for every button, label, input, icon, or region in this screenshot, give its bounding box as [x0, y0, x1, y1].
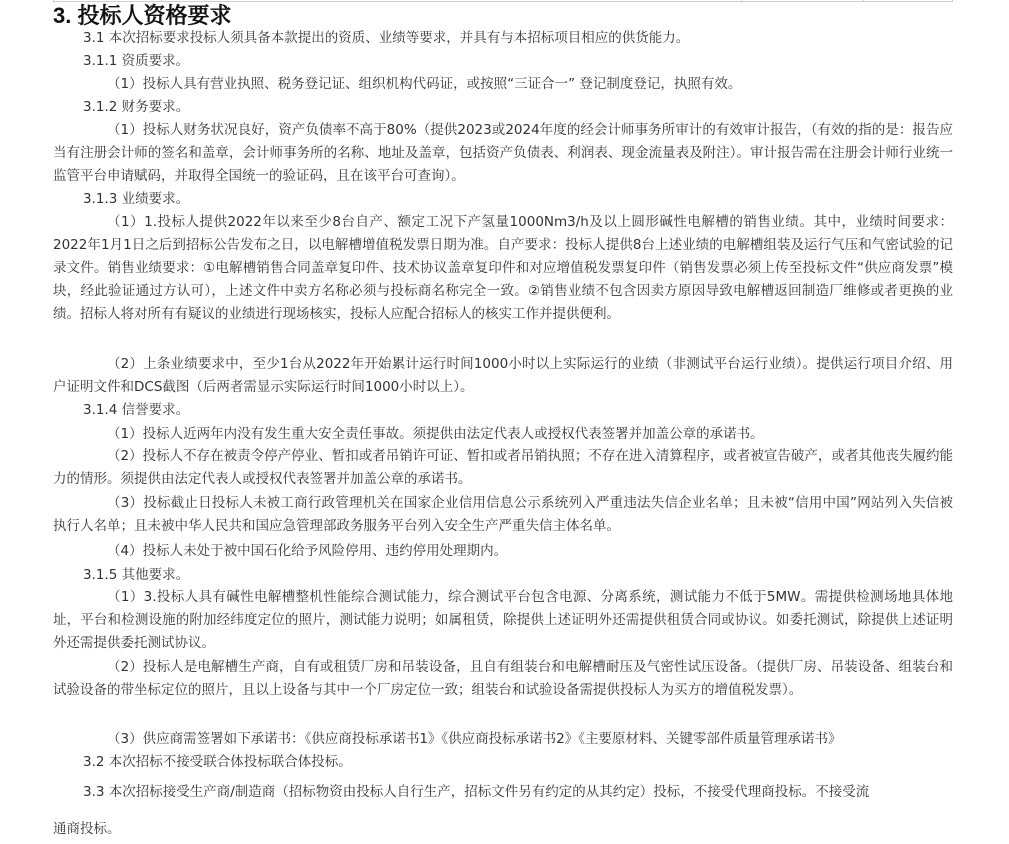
clause-3-1-2-heading: 3.1.2 财务要求。 [83, 97, 189, 117]
clause-3-1-5-item-3: （3）供应商需签署如下承诺书：《供应商投标承诺书1》《供应商投标承诺书2》《主要… [107, 729, 842, 749]
table-column-divider [741, 0, 742, 1]
clause-3-1-3-item-1: （1）1.投标人提供2022年以来至少8台自产、额定工况下产氢量1000Nm3/… [53, 211, 953, 326]
section-title: 3. 投标人资格要求 [53, 2, 231, 30]
clause-3-1-4-heading: 3.1.4 信誉要求。 [83, 400, 189, 420]
clause-3-1-5-heading: 3.1.5 其他要求。 [83, 565, 189, 585]
clause-3-2: 3.2 本次招标不接受联合体投标联合体投标。 [83, 752, 352, 772]
table-column-divider [161, 0, 162, 1]
clause-3-1-2-item-1: （1）投标人财务状况良好，资产负债率不高于80%（提供2023或2024年度的经… [53, 119, 953, 188]
clause-3-3: 3.3 本次招标接受生产商/制造商（招标物资由投标人自行生产，招标文件另有约定的… [83, 782, 869, 802]
clause-3-1-4-item-3: （3）投标截止日投标人未被工商行政管理机关在国家企业信用信息公示系统列入严重违法… [53, 492, 953, 538]
clause-3-1-4-item-1: （1）投标人近两年内没有发生重大安全责任事故。须提供由法定代表人或授权代表签署并… [107, 424, 764, 444]
clause-3-1-4-item-2: （2）投标人不存在被责令停产停业、暂扣或者吊销许可证、暂扣或者吊销执照；不存在进… [53, 445, 953, 491]
clause-3-1-3-item-2: （2）上条业绩要求中，至少1台从2022年开始累计运行时间1000小时以上实际运… [53, 353, 953, 399]
clause-3-1-5-item-2: （2）投标人是电解槽生产商，自有或租赁厂房和吊装设备，且自有组装台和电解槽耐压及… [53, 656, 953, 702]
clause-3-1-5-item-1: （1）3.投标人具有碱性电解槽整机性能综合测试能力，综合测试平台包含电源、分离系… [53, 586, 953, 655]
clause-3-1-3-heading: 3.1.3 业绩要求。 [83, 189, 189, 209]
clause-3-1-1-item-1: （1）投标人具有营业执照、税务登记证、组织机构代码证，或按照“三证合一” 登记制… [107, 74, 741, 94]
clause-3-1-1-heading: 3.1.1 资质要求。 [83, 51, 189, 71]
table-column-divider [863, 0, 864, 1]
clause-3-1: 3.1 本次招标要求投标人须具备本款提出的资质、业绩等要求，并具有与本招标项目相… [83, 28, 689, 48]
clause-3-3-continuation: 通商投标。 [53, 819, 121, 839]
clause-3-1-4-item-4: （4）投标人未处于被中国石化给予风险停用、违约停用处理期内。 [107, 541, 507, 561]
